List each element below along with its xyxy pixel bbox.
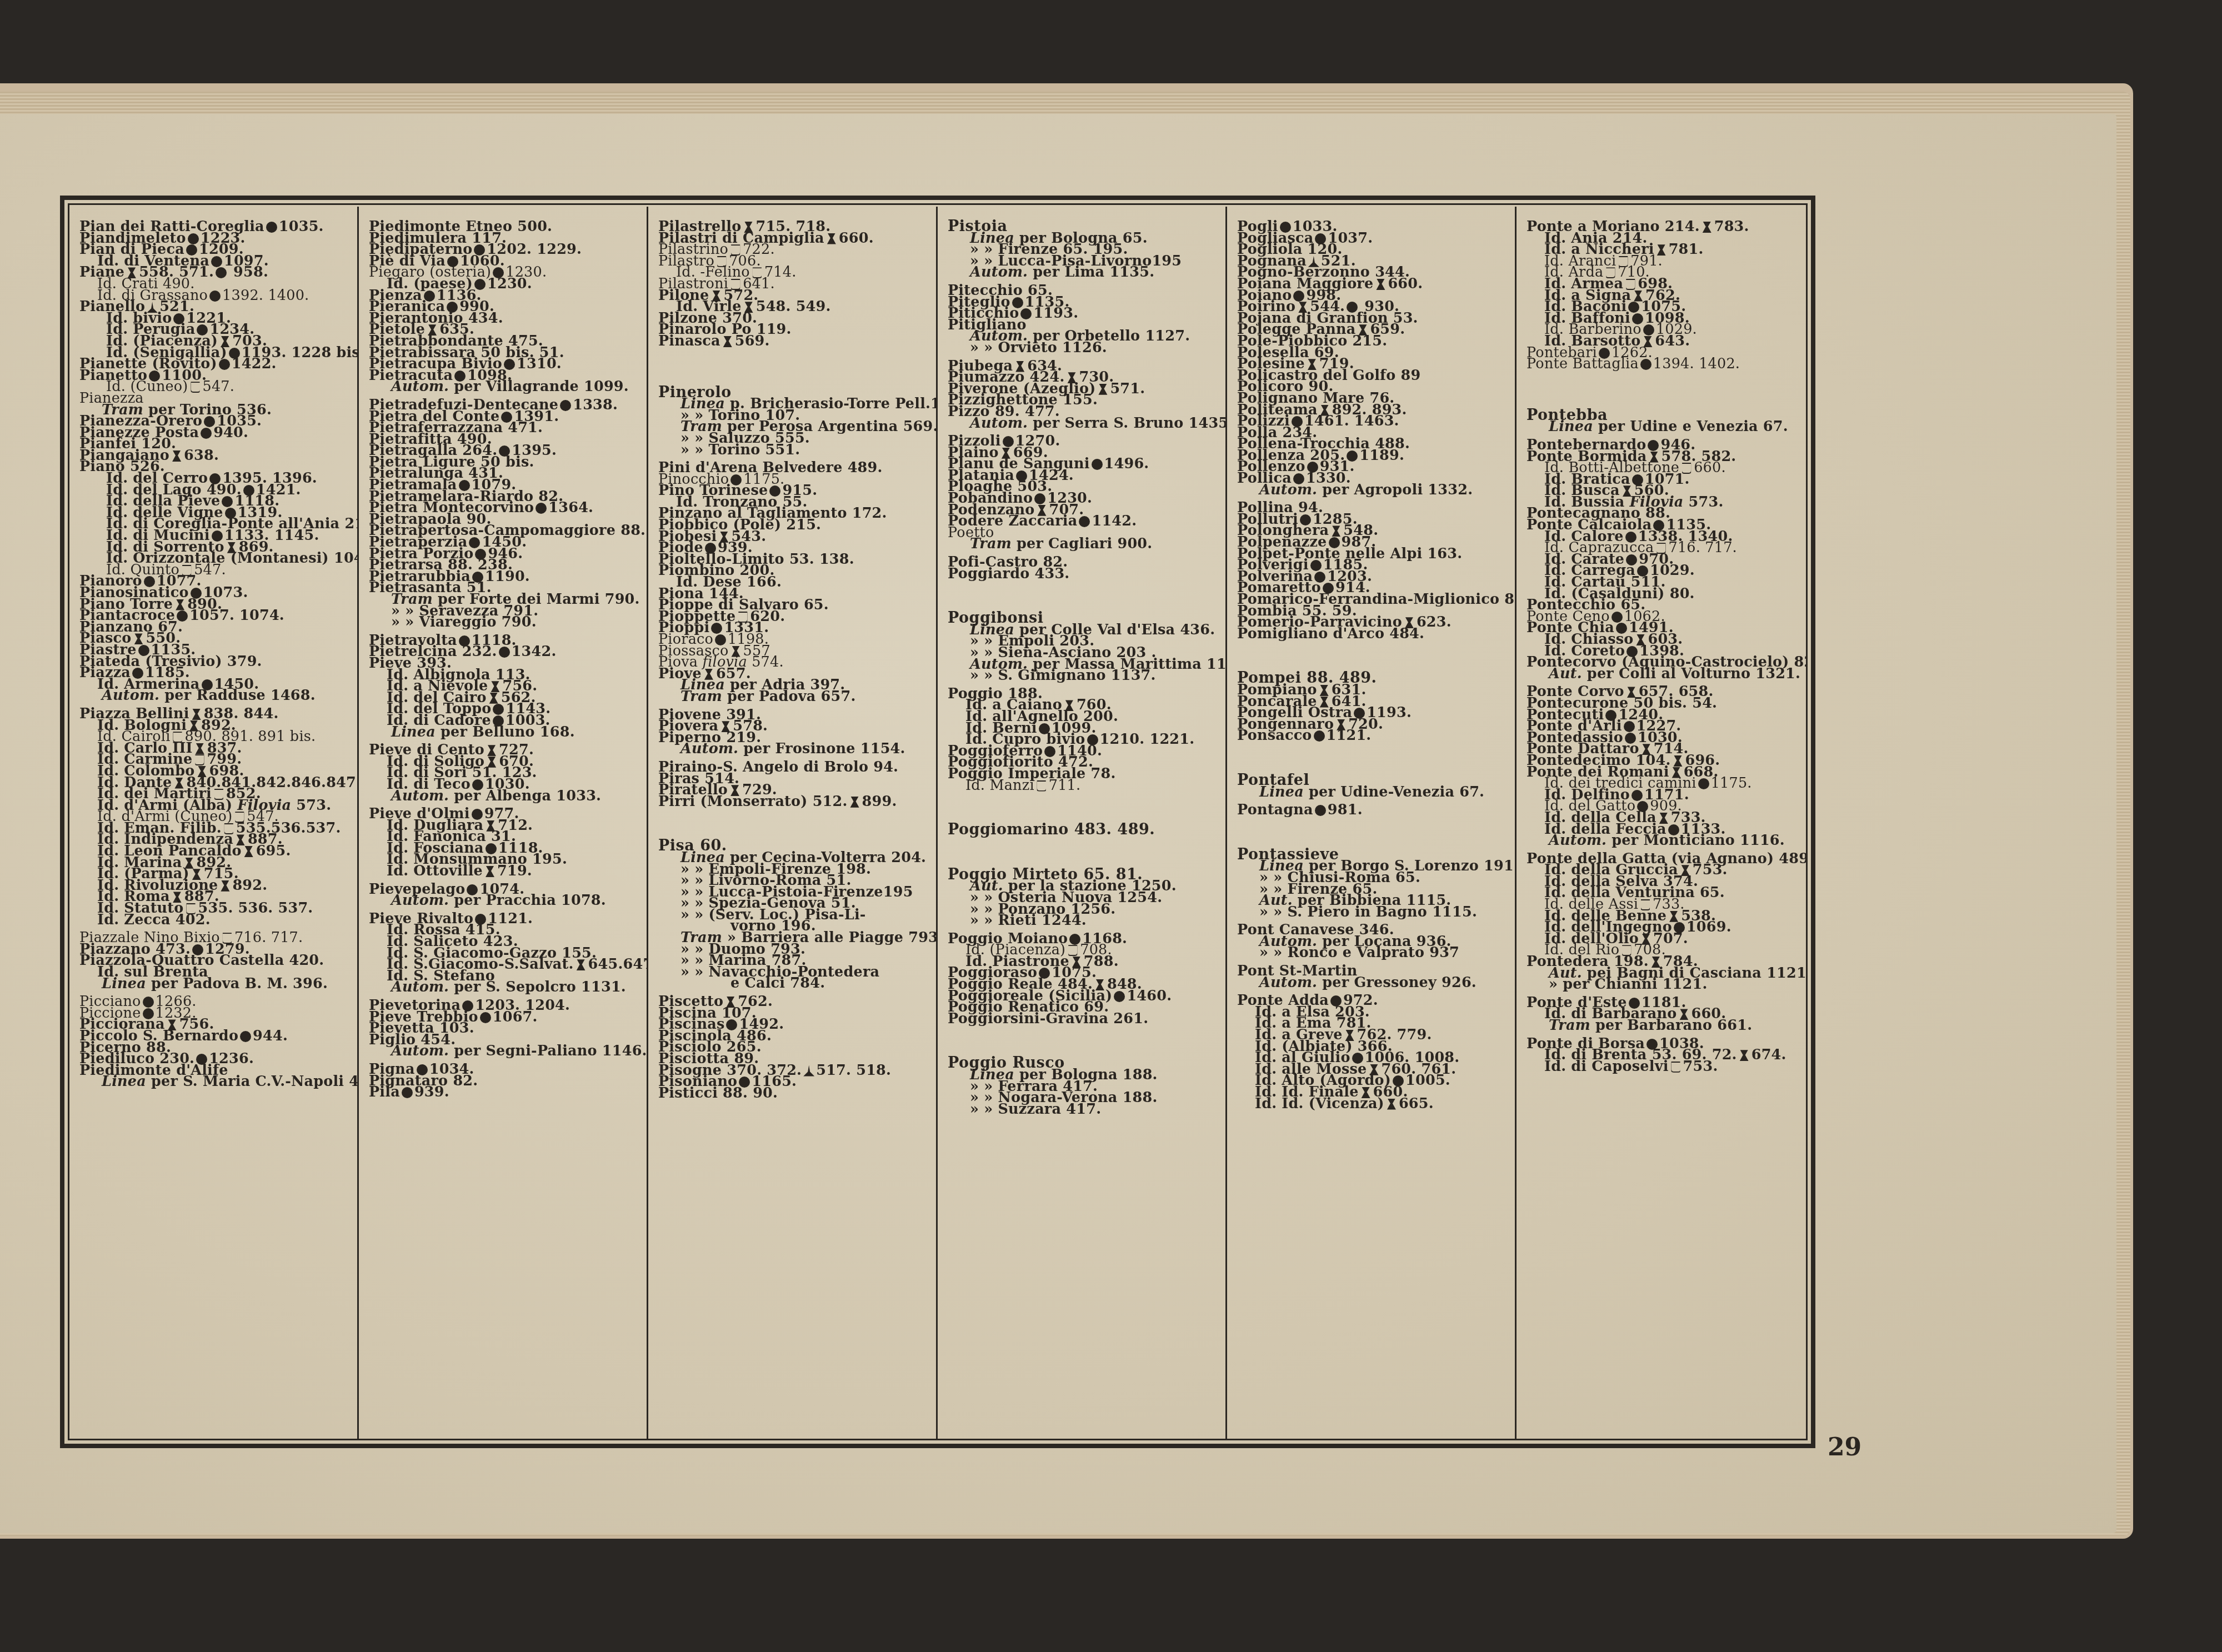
index-column-6: Ponte a Moriano 214.783.Id. Ania 214.Id.… — [1517, 207, 1806, 1439]
tram-stop-outline-icon — [186, 903, 197, 914]
page-reference: 645.647 — [588, 956, 648, 973]
entry-text: e Calci 784. — [730, 975, 825, 992]
page-reference: 1067. — [493, 1009, 538, 1025]
page-reference: 665. — [1399, 1095, 1434, 1112]
service-note: » » Torino 551. — [658, 444, 930, 456]
spacer — [948, 836, 1220, 869]
page-reference: 753. — [1683, 1058, 1718, 1075]
tram-stop-icon — [1330, 525, 1342, 537]
automobile-service-icon — [1698, 778, 1709, 789]
tram-stop-icon — [1701, 222, 1713, 233]
entry-text: Id. Ottoville — [387, 863, 483, 879]
entry-text: » » Orvieto 1126. — [970, 339, 1107, 356]
entry-text: Pontagna — [1237, 802, 1313, 818]
automobile-service-icon — [201, 428, 212, 439]
automobile-service-icon — [480, 1012, 491, 1023]
service-note: Autom. per Gressoney 926. — [1237, 977, 1509, 989]
service-note: » » S. Piero in Bagno 1115. — [1237, 907, 1509, 918]
tram-stop-icon — [191, 709, 202, 720]
tram-stop-icon — [1097, 384, 1108, 395]
tram-stop-icon — [1672, 755, 1683, 767]
automobile-service-icon — [536, 503, 547, 514]
service-note: Autom. per Segni-Paliano 1146. — [369, 1045, 641, 1057]
page-reference: 1175. — [1711, 775, 1752, 792]
page-reference: 638. — [184, 447, 219, 464]
entry-text: » » S. Piero in Bagno 1115. — [1259, 904, 1477, 920]
entry-text: Id. di Caposelvi — [1544, 1058, 1669, 1075]
navigation-boat-icon — [147, 302, 158, 313]
service-note: Autom. per Radduse 1468. — [79, 690, 352, 702]
automobile-service-icon — [1069, 934, 1080, 945]
tram-stop-outline-icon — [1618, 256, 1629, 267]
page-reference: 1461. 1463. — [1304, 413, 1399, 429]
index-entry: Poggiardo 433. — [948, 568, 1220, 580]
service-type-label: Tram — [1549, 1017, 1590, 1034]
tram-stop-outline-icon — [172, 732, 183, 743]
index-entry: Pomigliano d'Arco 484. — [1237, 628, 1509, 640]
tram-stop-icon — [219, 880, 231, 892]
entry-text: » » S. Gimignano 1137. — [970, 667, 1156, 684]
service-type-label: Tram — [680, 688, 722, 705]
spacer — [658, 807, 930, 840]
page-reference: 940. — [213, 424, 248, 441]
index-column-2: Piedimonte Etneo 500.Piedimulera 117.Pie… — [359, 207, 648, 1439]
automobile-service-icon — [1003, 436, 1014, 447]
service-note: » » Rieti 1244. — [948, 915, 1220, 927]
page-reference: 1460. — [1127, 988, 1172, 1004]
spacer — [1237, 742, 1509, 775]
page-reference: 1342. — [512, 643, 557, 660]
page-reference: 783. — [1714, 218, 1749, 235]
index-entry: Id. Id. (Vicenza)665. — [1237, 1098, 1509, 1110]
tram-stop-outline-icon — [1625, 279, 1636, 290]
index-columns: Pian dei Ratti-Coreglia1035.Piandimeleto… — [69, 207, 1806, 1439]
page-reference: 1005. — [1405, 1072, 1450, 1089]
service-note: Autom. per Serra S. Bruno 1435. — [948, 418, 1220, 429]
tram-stop-icon — [243, 846, 254, 857]
service-type-label: Autom. — [1259, 974, 1317, 991]
service-note: Autom. per Villagrande 1099. — [369, 381, 641, 393]
tram-stop-outline-icon — [1067, 945, 1078, 956]
automobile-service-icon — [1034, 493, 1045, 504]
service-note: » » Ronco e Valprato 937 — [1237, 947, 1509, 959]
navigation-boat-icon — [1308, 256, 1319, 267]
page-reference: 981. — [1328, 802, 1363, 818]
automobile-service-icon — [1314, 730, 1325, 742]
tram-stop-outline-icon — [190, 382, 201, 393]
tram-stop-icon — [722, 336, 733, 347]
page-reference: 674. — [1751, 1047, 1786, 1063]
page-reference: 548. 549. — [756, 298, 831, 315]
service-note: Tram per Barbarano 661. — [1527, 1020, 1800, 1032]
automobile-service-icon — [143, 997, 154, 1008]
tram-stop-outline-icon — [1670, 1062, 1681, 1073]
tram-stop-outline-icon — [730, 244, 741, 256]
service-note: Autom. per Pracchia 1078. — [369, 895, 641, 907]
service-type-label: Autom. — [680, 740, 738, 757]
tram-stop-icon — [849, 797, 860, 808]
service-type-label: Autom. — [391, 979, 449, 995]
tram-stop-icon — [194, 743, 206, 754]
automobile-service-icon — [240, 1031, 251, 1042]
spacer — [1527, 370, 1800, 403]
page-reference: 547. — [203, 378, 235, 395]
automobile-service-icon — [266, 222, 277, 233]
page-reference: 1142. — [1092, 513, 1137, 529]
tram-stop-icon — [171, 450, 182, 462]
page-number: 29 — [1828, 1433, 1861, 1461]
service-type-label: Autom. — [102, 687, 159, 704]
automobile-service-icon — [1640, 359, 1652, 370]
service-type-label: Autom. — [1259, 482, 1317, 498]
page-reference: 1394. 1402. — [1653, 356, 1740, 372]
service-type-label: Linea — [1549, 418, 1593, 435]
page-reference: 1035. — [279, 218, 324, 235]
entry-text: » » Viareggio 790. — [391, 614, 537, 630]
page-reference: 571. — [1110, 381, 1145, 397]
tram-stop-outline-icon — [222, 933, 233, 944]
automobile-service-icon — [1079, 516, 1090, 527]
tram-stop-outline-icon — [234, 812, 245, 823]
service-type-label: Autom. — [970, 415, 1028, 432]
spacer — [948, 791, 1220, 824]
index-entry: Pila939. — [369, 1087, 641, 1098]
tram-stop-outline-icon — [1605, 267, 1616, 278]
index-entry: Pinasca569. — [658, 336, 930, 347]
entry-text: Pomigliano d'Arco 484. — [1237, 625, 1424, 642]
service-note: Linea per S. Maria C.V.-Napoli 486 — [79, 1076, 352, 1088]
index-entry: Poggiorsini-Gravina 261. — [948, 1013, 1220, 1025]
service-note: Linea per Udine e Venezia 67. — [1527, 421, 1800, 433]
entry-text: Pirri (Monserrato) 512. — [658, 793, 848, 810]
service-note: » » Suzzara 417. — [948, 1104, 1220, 1115]
automobile-service-icon — [493, 704, 504, 715]
entry-text: Id. Manzi — [965, 777, 1034, 794]
tram-stop-icon — [1375, 279, 1386, 290]
service-note: Autom. per Agropoli 1332. — [1237, 484, 1509, 496]
page-reference: 781. — [1669, 241, 1704, 258]
entry-text: » » Rieti 1244. — [970, 912, 1087, 929]
entry-text: Ponsacco — [1237, 727, 1312, 744]
tram-stop-icon — [1739, 1050, 1750, 1061]
service-type-label: Autom. — [391, 788, 449, 804]
service-type-label: Linea — [102, 975, 146, 992]
entry-text: » » Torino 551. — [680, 442, 800, 458]
automobile-service-icon — [402, 1087, 413, 1098]
automobile-service-icon — [1092, 459, 1103, 470]
entry-text: Poggiardo 433. — [948, 565, 1069, 582]
navigation-boat-icon — [803, 1065, 814, 1077]
tram-stop-outline-icon — [1681, 463, 1692, 474]
page-reference: 517. 518. — [816, 1062, 891, 1079]
page-reference: 719. — [497, 863, 532, 879]
entry-text: Ponte Battaglia — [1527, 356, 1639, 372]
index-entry: Ponte Battaglia1394. 1402. — [1527, 358, 1800, 370]
spacer — [948, 579, 1220, 613]
entry-text: Pisticci 88. 90. — [658, 1085, 778, 1102]
tram-stop-outline-icon — [223, 823, 234, 834]
automobile-service-icon — [1315, 805, 1326, 816]
automobile-service-icon — [216, 267, 227, 278]
tram-stop-outline-icon — [213, 789, 224, 800]
service-note: Linea per Padova B. M. 396. — [79, 978, 352, 990]
index-column-3: Pilastrello715. 718.Pilastri di Campigli… — [648, 207, 938, 1439]
automobile-service-icon — [188, 233, 199, 244]
entry-text: » per Chianni 1121. — [1549, 976, 1708, 993]
tram-stop-outline-icon — [737, 612, 748, 623]
service-type-label: Autom. — [1549, 832, 1607, 849]
service-type-label: Autom. — [970, 264, 1028, 281]
page-reference: 899. — [862, 793, 897, 810]
index-entry: Pirri (Monserrato) 512.899. — [658, 796, 930, 808]
service-note: Linea per Belluno 168. — [369, 727, 641, 738]
service-note: Tram per Padova 657. — [658, 691, 930, 703]
page-reference: 958. — [228, 264, 268, 281]
page-reference: 660. — [1694, 459, 1726, 476]
service-note: Autom. per Monticiano 1116. — [1527, 835, 1800, 847]
index-column-1: Pian dei Ratti-Coreglia1035.Piandimeleto… — [69, 207, 359, 1439]
index-entry: Id. Ottoville719. — [369, 865, 641, 877]
entry-text: Pila — [369, 1084, 400, 1100]
page-reference: 1310. — [517, 356, 562, 372]
index-entry: Pontagna981. — [1237, 804, 1509, 816]
page-reference: 1189. — [1359, 447, 1404, 464]
page-reference: 569. — [735, 333, 770, 349]
entry-text: » » Suzzara 417. — [970, 1101, 1101, 1118]
tram-stop-outline-icon — [1640, 899, 1651, 910]
page-reference: 1338. — [573, 397, 618, 413]
tram-stop-outline-icon — [194, 754, 205, 765]
tram-stop-outline-icon — [1621, 945, 1632, 956]
page-reference: 1193. — [1033, 305, 1078, 322]
automobile-service-icon — [209, 291, 221, 302]
page-reference: 944. — [253, 1028, 288, 1044]
service-note: Aut. per Colli al Volturno 1321. — [1527, 668, 1800, 680]
entry-text: Poggiomarino 483. 489. — [948, 821, 1155, 838]
page-reference: 1230. — [487, 276, 532, 292]
tram-stop-icon — [1319, 685, 1330, 696]
page-reference: 1057. 1074. — [189, 607, 284, 624]
automobile-service-icon — [560, 400, 571, 411]
page-reference: 711. — [1049, 777, 1081, 794]
page-reference: 695. — [256, 843, 291, 859]
page-reference: 535. 536. 537. — [198, 900, 313, 917]
automobile-service-icon — [1648, 440, 1659, 451]
tram-stop-icon — [826, 233, 837, 244]
page-reference: 1069. — [1686, 919, 1731, 935]
service-type-label: Linea — [391, 724, 436, 740]
page-reference: 1210. 1221. — [1100, 731, 1195, 748]
service-type-label: Tram — [970, 535, 1012, 552]
index-column-5: Pogli1033.Pogliasca1037.Pogliola 120.Pog… — [1227, 207, 1517, 1439]
service-type-label: Autom. — [391, 892, 449, 909]
page-reference: 1422. — [232, 356, 277, 372]
tram-stop-outline-icon — [1655, 543, 1666, 554]
spacer — [1237, 639, 1509, 673]
tram-stop-icon — [486, 745, 497, 756]
page-reference: 1364. — [548, 499, 593, 516]
entry-text: Pinasca — [658, 333, 720, 349]
service-note: Tram per Cagliari 900. — [948, 538, 1220, 550]
automobile-service-icon — [1624, 721, 1635, 732]
section-heading: Poggiomarino 483. 489. — [948, 824, 1220, 836]
service-type-label: Aut. — [1549, 665, 1582, 682]
tram-stop-outline-icon — [730, 279, 741, 290]
page-reference: 1190. — [485, 568, 530, 585]
service-type-label: Autom. — [391, 378, 449, 395]
page-reference: 660. — [839, 230, 874, 247]
service-type-label: Linea — [102, 1073, 146, 1090]
page-reference: 643. — [1655, 333, 1690, 349]
index-entry: Pignataro 82. — [369, 1075, 641, 1087]
tram-stop-outline-icon — [716, 256, 727, 267]
spacer — [658, 347, 930, 381]
spacer — [948, 1024, 1220, 1058]
page-reference: 892. — [232, 877, 267, 894]
page-reference: 939. — [414, 1084, 449, 1100]
tram-stop-outline-icon — [1036, 780, 1047, 792]
spacer — [1237, 816, 1509, 849]
service-type-label: Autom. — [391, 1043, 449, 1059]
index-column-4: PistoiaLinea per Bologna 65.» » Firenze … — [938, 207, 1227, 1439]
entry-text: Poggiorsini-Gravina 261. — [948, 1010, 1148, 1027]
automobile-service-icon — [499, 647, 510, 658]
automobile-service-icon — [1643, 324, 1654, 336]
page-reference: 1121. — [1327, 727, 1372, 744]
automobile-service-icon — [222, 496, 233, 507]
tram-stop-icon — [484, 866, 496, 877]
service-note: Linea per Udine-Venezia 67. — [1237, 787, 1509, 798]
automobile-service-icon — [1114, 991, 1125, 1002]
automobile-service-icon — [219, 359, 230, 370]
service-note: » » Viareggio 790. — [369, 617, 641, 628]
page-reference: 660. — [1388, 276, 1423, 292]
entry-text: » » Ronco e Valprato 937 — [1259, 944, 1459, 961]
page-reference: 716. 717. — [1668, 539, 1736, 556]
tram-stop-icon — [174, 599, 186, 610]
page-reference: 1392. 1400. — [222, 287, 309, 304]
tram-stop-icon — [1386, 1099, 1397, 1110]
service-note: Autom. per Frosinone 1154. — [658, 743, 930, 755]
tram-stop-outline-icon — [752, 267, 763, 278]
tram-stop-icon — [575, 959, 587, 970]
tram-stop-outline-icon — [181, 565, 192, 576]
service-note: Autom. per S. Sepolcro 1131. — [369, 982, 641, 993]
page-reference: 1496. — [1104, 455, 1149, 472]
service-type-label: Linea — [1259, 784, 1304, 800]
tram-stop-icon — [489, 681, 501, 692]
service-note: Autom. per Albenga 1033. — [369, 790, 641, 802]
